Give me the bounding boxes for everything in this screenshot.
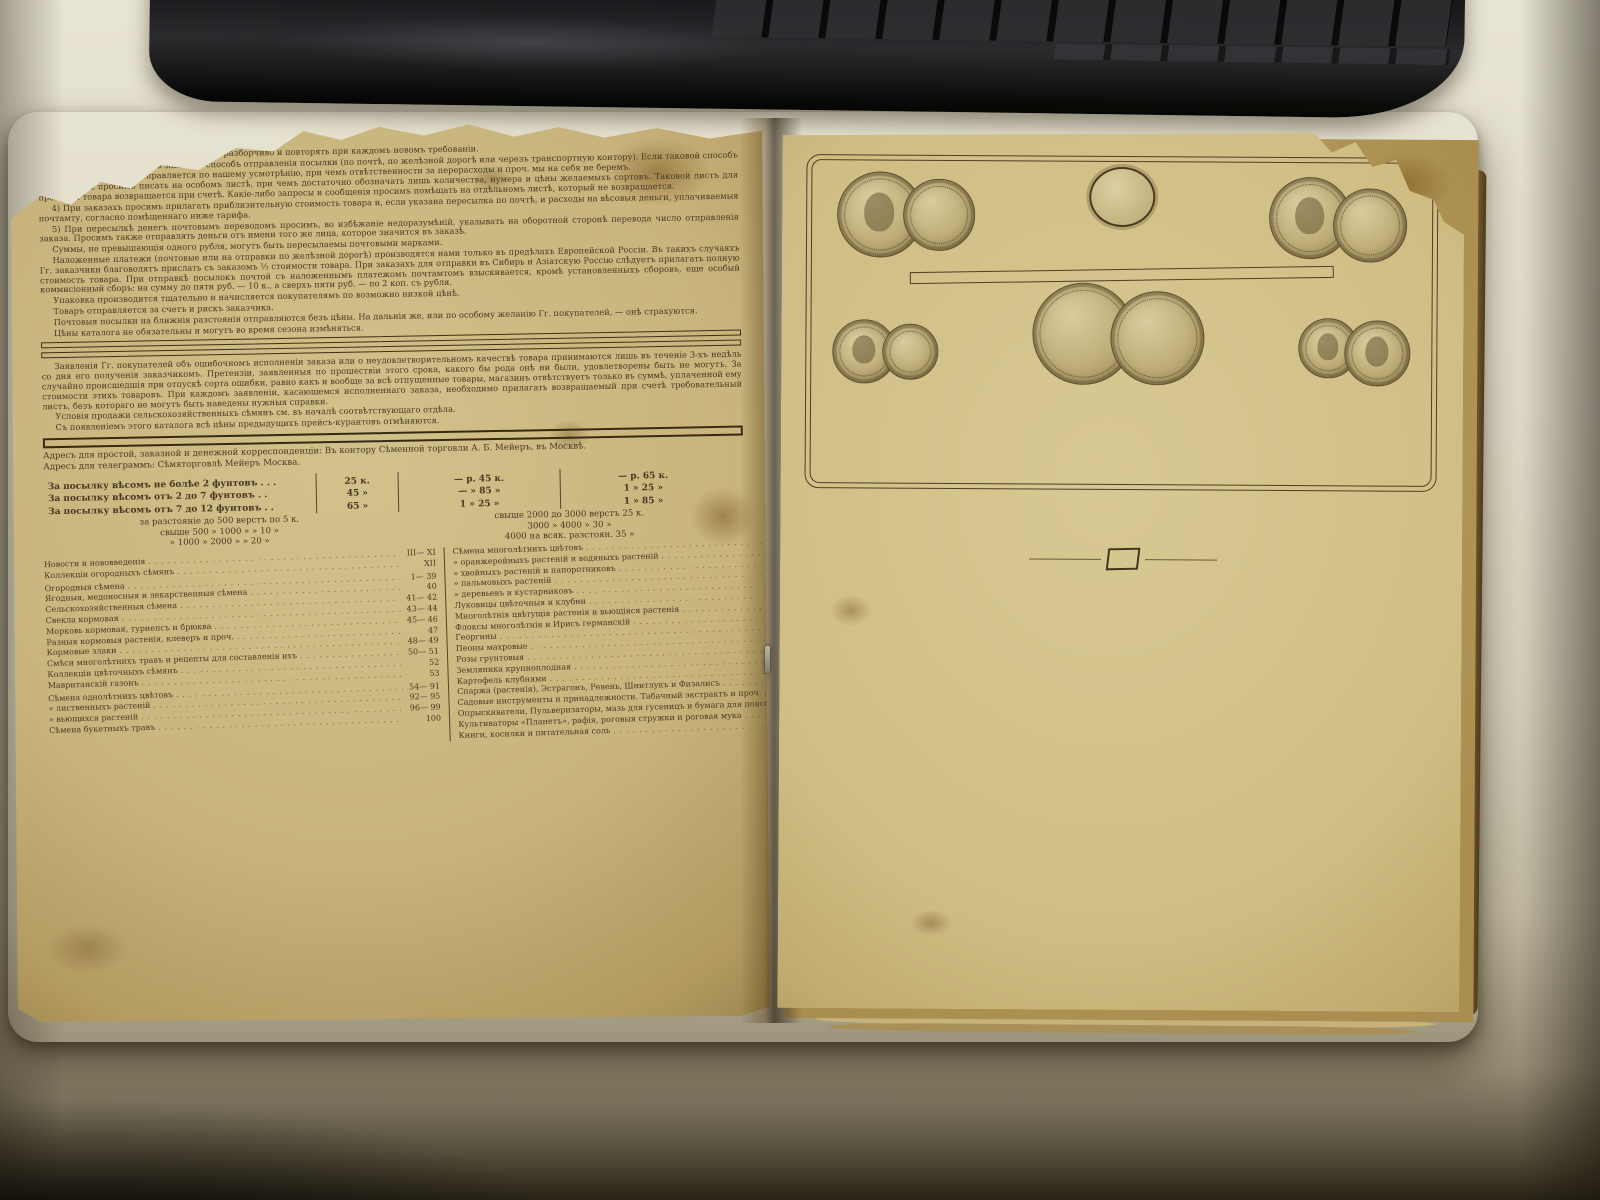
toc-rows: Огородныя сѣмена 1— 39 Ягодныя, медоносн…: [44, 571, 439, 692]
keyboard-keys-row2: [1053, 43, 1450, 64]
medal-icon: [1344, 320, 1410, 386]
keyboard: [148, 0, 1466, 119]
representation-section: [804, 546, 1442, 572]
toc-entry-label: Георгины: [455, 632, 496, 643]
medal-caption: [1032, 388, 1202, 389]
supplier-monogram: [1047, 167, 1197, 232]
tariff-over12-left: за разстояніе до 500 верстъ по 5 к. свыш…: [44, 513, 395, 551]
toc-entry-page: 92— 95: [406, 692, 440, 703]
tariff-col-header: [321, 473, 394, 474]
medal-group-top-right: [1269, 174, 1408, 267]
toc-entry-page: 41— 42: [403, 593, 437, 604]
medal-group-bottom-right: [1298, 310, 1410, 391]
monogram-medallion: [1089, 167, 1155, 227]
toc-entry-page: 54— 91: [406, 681, 440, 692]
toc-entry-page: 45— 46: [404, 614, 438, 625]
rule-line: [1145, 559, 1217, 560]
toc-entry-page: 40: [403, 582, 437, 593]
medal-group-top-left: [837, 171, 976, 262]
toc-entry-page: 53: [405, 668, 439, 679]
toc-entry-page: 1— 39: [402, 571, 436, 582]
toc-entry-page: 50— 51: [405, 647, 439, 658]
medal-icon: [903, 179, 975, 251]
toc-left-column: Новости и нововведенія III— XI Коллекціи…: [44, 547, 451, 754]
representation-box: [1106, 548, 1141, 571]
paper-stain: [900, 903, 960, 941]
postal-tariff-table: За посылку вѣсомъ не болѣе 2 фунтовъ . .…: [44, 465, 745, 551]
paper-stain: [821, 587, 881, 633]
medals-advertisement: [805, 154, 1439, 492]
toc-entry-page: 47: [404, 625, 438, 636]
toc-entry-page: XII: [402, 558, 436, 569]
claims-paragraphs: Заявленія Гг. покупателей объ ошибочномъ…: [41, 350, 742, 433]
toc-entry-label: Мавританскій газонъ: [48, 678, 139, 691]
photo-scene: 1) Адресъ на заказахъ просимъ писать раз…: [0, 0, 1600, 1200]
supplier-caption: [1047, 229, 1197, 233]
right-page: [777, 130, 1464, 1012]
pointing-hand-icon: [395, 748, 396, 761]
table-of-contents: Новости и нововведенія III— XI Коллекціи…: [44, 538, 750, 755]
rule-line: [1029, 558, 1101, 559]
toc-entry-page: 52: [405, 657, 439, 668]
toc-entry-page: 48— 49: [404, 636, 438, 647]
toc-entry-page: 100: [407, 713, 441, 724]
toc-entry-page: 96— 99: [407, 703, 441, 714]
staple: [765, 646, 770, 673]
medal-icon: [1333, 188, 1407, 262]
medal-icon: [1110, 291, 1205, 386]
toc-entry-page: 43— 44: [403, 603, 437, 614]
paper-stain: [32, 913, 143, 984]
medal-group-bottom-center: [1032, 282, 1205, 389]
toc-entry-label: Сѣмена букетныхъ травъ: [49, 723, 155, 736]
tariff-zone1-value: 65 »: [316, 500, 398, 514]
medal-group-bottom-left: [832, 319, 938, 388]
toc-entry-page: III— XI: [402, 548, 436, 559]
left-page: 1) Адресъ на заказахъ просимъ писать раз…: [10, 113, 770, 1023]
medal-icon: [882, 324, 938, 380]
